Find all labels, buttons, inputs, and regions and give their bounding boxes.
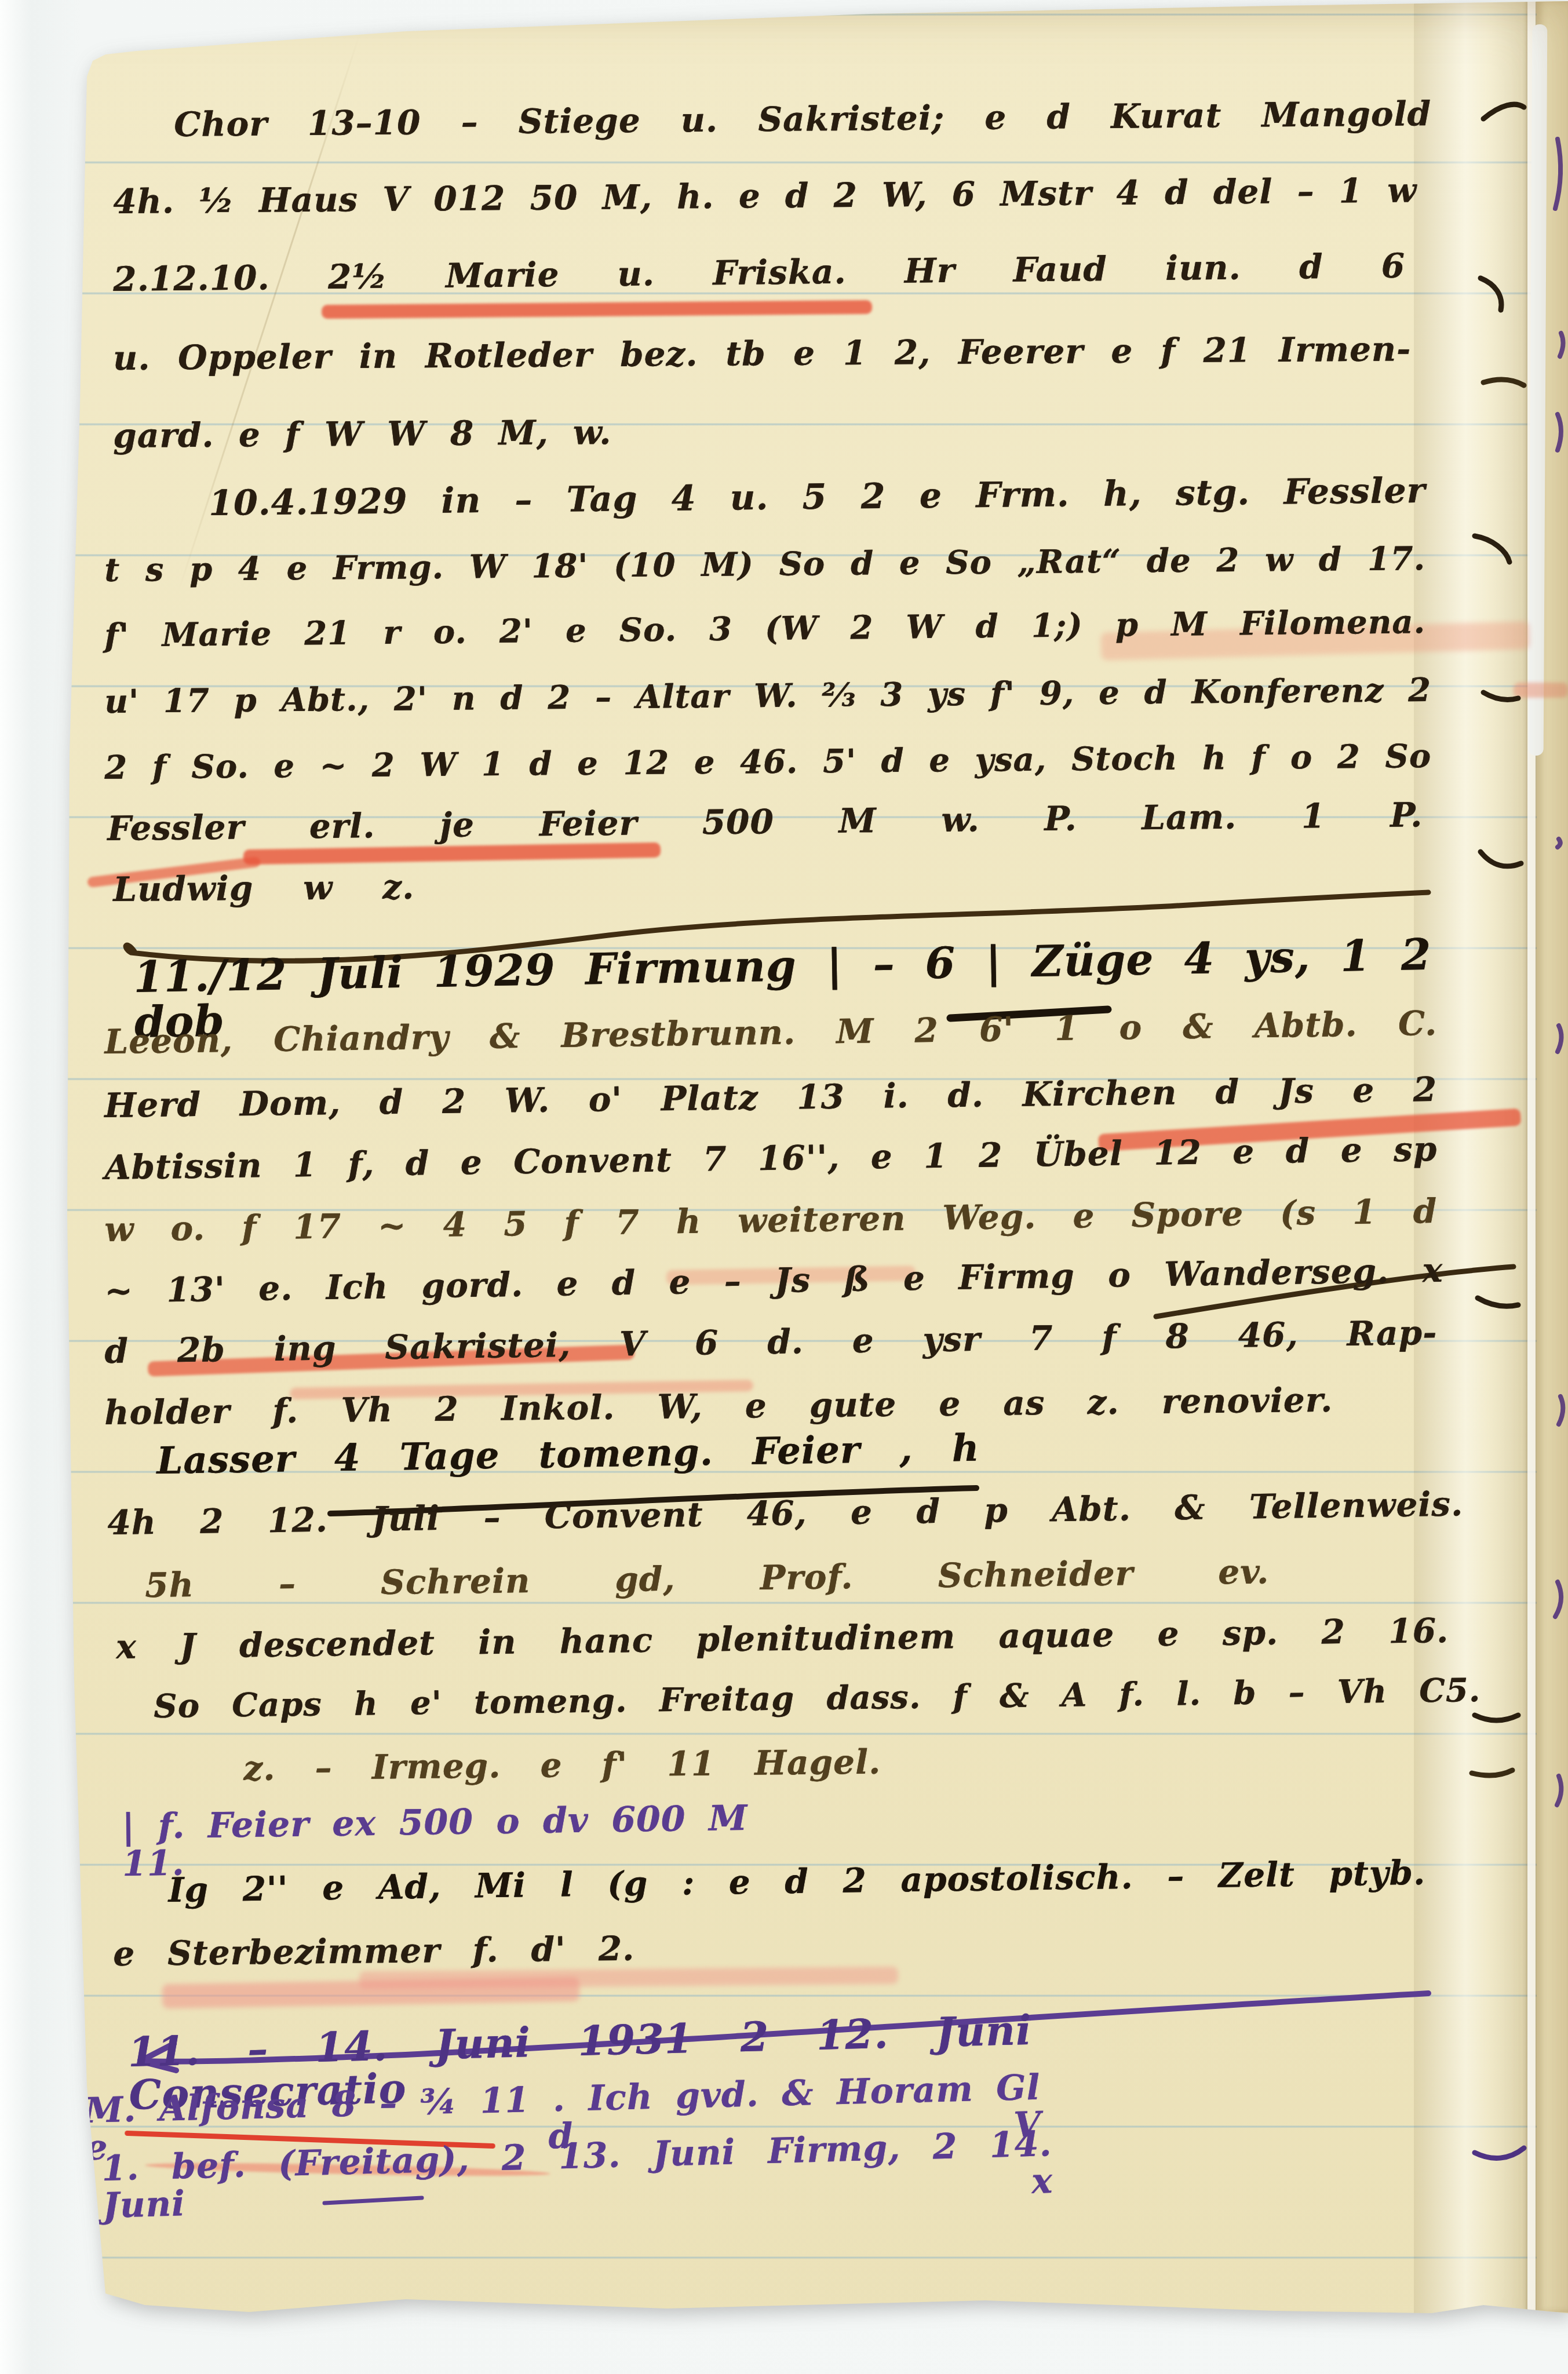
manuscript-line: Herd Dom, d 2 W. o' Platz 13 i. d. Kirch… bbox=[104, 1072, 1438, 1124]
manuscript-line: 4h 2 12. Juli – Convent 46, e d p Abt. &… bbox=[107, 1486, 1464, 1541]
scanned-page: Chor 13–10 – Stiege u. Sakristei; e d Ku… bbox=[0, 0, 1568, 2374]
manuscript-line: z. – Irmeg. e f' 11 Hagel. bbox=[243, 1744, 881, 1786]
manuscript-line: Fessler erl. je Feier 500 M w. P. Lam. 1… bbox=[107, 797, 1423, 847]
manuscript-heading-4tage: Lasser 4 Tage tomeng. Feier , h bbox=[156, 1429, 980, 1481]
pink-band-bottom-1 bbox=[162, 1977, 580, 2009]
manuscript-line: gard. e f W W 8 M, w. bbox=[113, 415, 611, 454]
manuscript-line: x J descendet in hanc plenitudinem aquae… bbox=[116, 1613, 1449, 1665]
manuscript-line: u. Oppeler in Rotleder bez. tb e 1 2, Fe… bbox=[113, 331, 1411, 376]
manuscript-line: t s p 4 e Frmg. W 18' (10 M) So d e So „… bbox=[104, 542, 1425, 588]
manuscript-line: w o. f 17 ~ 4 5 f 7 h weiteren Weg. e Sp… bbox=[104, 1194, 1438, 1248]
fold-crease-line bbox=[1527, 0, 1536, 2313]
manuscript-line: Abtissin 1 f, d e Convent 7 16'', e 1 2 … bbox=[104, 1132, 1438, 1186]
manuscript-line: 5h – Schrein gd, Prof. Schneider ev. bbox=[145, 1554, 1270, 1603]
manuscript-line: So Caps h e' tomeng. Freitag dass. f & A… bbox=[154, 1673, 1481, 1724]
manuscript-line: ~ 13' e. Ich gord. e d e – Js ß e Firmg … bbox=[104, 1253, 1443, 1310]
manuscript-line: f' Marie 21 r o. 2' e So. 3 (W 2 W d 1;)… bbox=[104, 605, 1425, 653]
manuscript-line: d 2b ing Sakristei, V 6 d. e ysr 7 f 8 4… bbox=[104, 1315, 1438, 1370]
manuscript-line: e Sterbezimmer f. d' 2. bbox=[113, 1931, 635, 1972]
pink-smudge-edge bbox=[1514, 683, 1568, 698]
manuscript-line: Chor 13–10 – Stiege u. Sakristei; e d Ku… bbox=[174, 96, 1431, 143]
manuscript-line: 2 f So. e ~ 2 W 1 d e 12 e 46. 5' d e ys… bbox=[104, 739, 1431, 785]
manuscript-line: 4h. ½ Haus V 012 50 M, h. e d 2 W, 6 Mst… bbox=[113, 173, 1417, 220]
manuscript-line: 10.4.1929 in – Tag 4 u. 5 2 e Frm. h, st… bbox=[209, 473, 1426, 523]
next-page-sliver bbox=[1537, 0, 1568, 2312]
manuscript-paper-shadow: Chor 13–10 – Stiege u. Sakristei; e d Ku… bbox=[0, 0, 1568, 2374]
manuscript-page: Chor 13–10 – Stiege u. Sakristei; e d Ku… bbox=[0, 0, 1568, 2374]
manuscript-line: 2.12.10. 2½ Marie u. Friska. Hr Faud iun… bbox=[113, 249, 1406, 298]
manuscript-line: Ludwig w z. bbox=[113, 869, 415, 907]
page-gap bbox=[1529, 24, 1548, 756]
manuscript-line: u' 17 p Abt., 2' n d 2 – Altar W. ⅔ 3 ys… bbox=[104, 673, 1431, 719]
manuscript-line: holder f. Vh 2 Inkol. W, e gute e as z. … bbox=[104, 1383, 1333, 1431]
red-underline-friska bbox=[322, 300, 872, 319]
